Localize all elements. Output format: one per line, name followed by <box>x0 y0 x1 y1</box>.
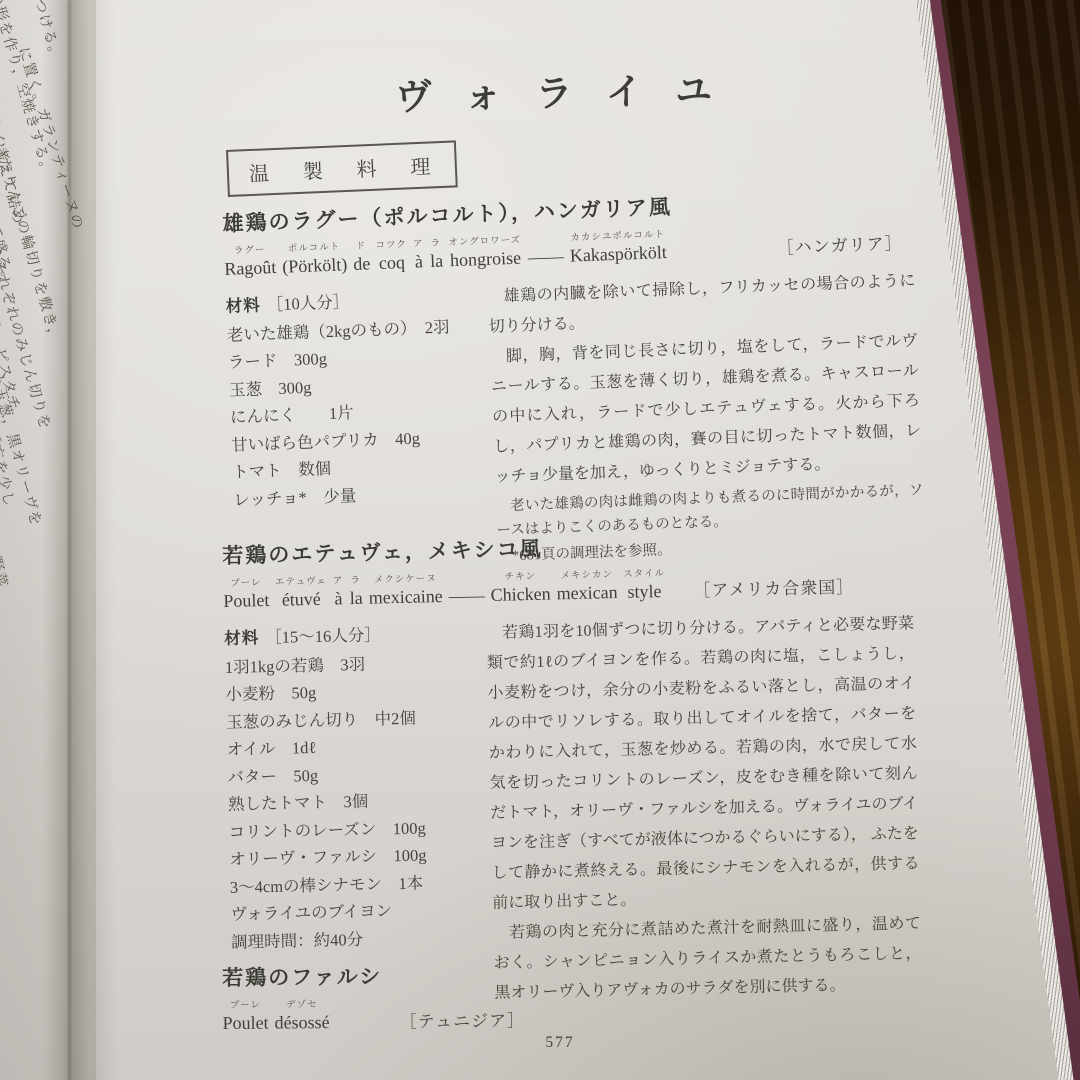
ruby-word: ラグーRagoût <box>223 245 276 280</box>
ruby-word: コツクcoq <box>375 240 408 274</box>
ruby-word: スタイルstyle <box>623 569 666 603</box>
ingredients-list: 材料［15〜16人分］ 1羽1kgの若鶏 3羽 小麦粉 50g 玉葱のみじん切り… <box>224 619 491 1015</box>
recipe-ragout-section: 雄鶏のラグー（ポルコルト），ハンガリア風 ラグーRagoût ポルコルト(Pör… <box>222 182 926 579</box>
book-photo-scene: つける。 の形を作り，空焼きする。 て，配色をよく考えて詰め に置く。ガランティ… <box>0 0 1080 1080</box>
instructions: 雄鶏の内臓を除いて掃除し，フリカッセの場合のように切り分ける。 脚，胸，背を同じ… <box>487 266 926 568</box>
recipe-farci-section: 若鶏のファルシ プーレPoulet デゾセdésossé ［テュニジア］ <box>222 957 843 1034</box>
ruby-word: ポルコルト(Pörkölt) <box>281 242 347 277</box>
ruby-word: オングロワーズhongroise <box>448 236 522 272</box>
recipe-etuvee-section: 若鶏のエテュヴェ，メキシコ風 プーレPoulet エテュヴェétuvé アà ラ… <box>222 524 923 1015</box>
ruby-word: チキンChicken <box>490 572 551 606</box>
ruby-word: メクシケーヌmexicaine <box>368 574 443 609</box>
ruby-word: ラla <box>429 239 443 272</box>
page-content: ヴォライユ 温 製 料 理 雄鶏のラグー（ポルコルト），ハンガリア風 ラグーRa… <box>0 0 1080 1080</box>
ruby-word: プーレPoulet <box>222 1001 268 1034</box>
origin-label: ［ハンガリア］ <box>776 229 903 259</box>
ruby-word: カカシユポルコルトKakaspörkölt <box>569 230 667 267</box>
french-title-line: プーレPoulet デゾセdésossé ［テュニジア］ <box>222 996 842 1034</box>
page-number: 577 <box>500 1034 620 1052</box>
ruby-word: ドde <box>352 241 370 275</box>
dash: —— <box>448 573 485 607</box>
section-label-box: 温 製 料 理 <box>226 140 458 197</box>
recipe-heading: 若鶏のファルシ <box>222 957 842 992</box>
dash: —— <box>527 234 564 268</box>
recipe-columns: 材料［15〜16人分］ 1羽1kgの若鶏 3羽 小麦粉 50g 玉葱のみじん切り… <box>224 609 923 1015</box>
instruction-paragraph: 若鶏1羽を10個ずつに切り分ける。アバティと必要な野菜類で約1ℓのブイヨンを作る… <box>486 609 921 919</box>
ingredient-item: 調理時間：約40分 <box>231 923 490 956</box>
ruby-word: デゾセdésossé <box>274 1000 329 1033</box>
ruby-word: メキシカンmexican <box>556 570 618 604</box>
instructions: 若鶏1羽を10個ずつに切り分ける。アバティと必要な野菜類で約1ℓのブイヨンを作る… <box>486 609 923 1009</box>
french-title-line: プーレPoulet エテュヴェétuvé アà ラla メクシケーヌmexica… <box>223 563 914 612</box>
ruby-word: ラla <box>349 576 363 609</box>
origin-label: ［テュニジア］ <box>399 1006 525 1032</box>
ruby-word: エテュヴェétuvé <box>275 577 328 611</box>
ruby-word: アà <box>413 239 425 272</box>
ruby-word: アà <box>333 576 344 609</box>
ruby-word: プーレPoulet <box>223 578 270 612</box>
instruction-paragraph: 脚，胸，背を同じ長さに切り，塩をして，ラードでルヴニールする。玉葱を薄く切り，雄… <box>489 326 922 492</box>
origin-label: ［アメリカ合衆国］ <box>693 573 854 602</box>
page-title: ヴォライユ <box>250 55 891 124</box>
